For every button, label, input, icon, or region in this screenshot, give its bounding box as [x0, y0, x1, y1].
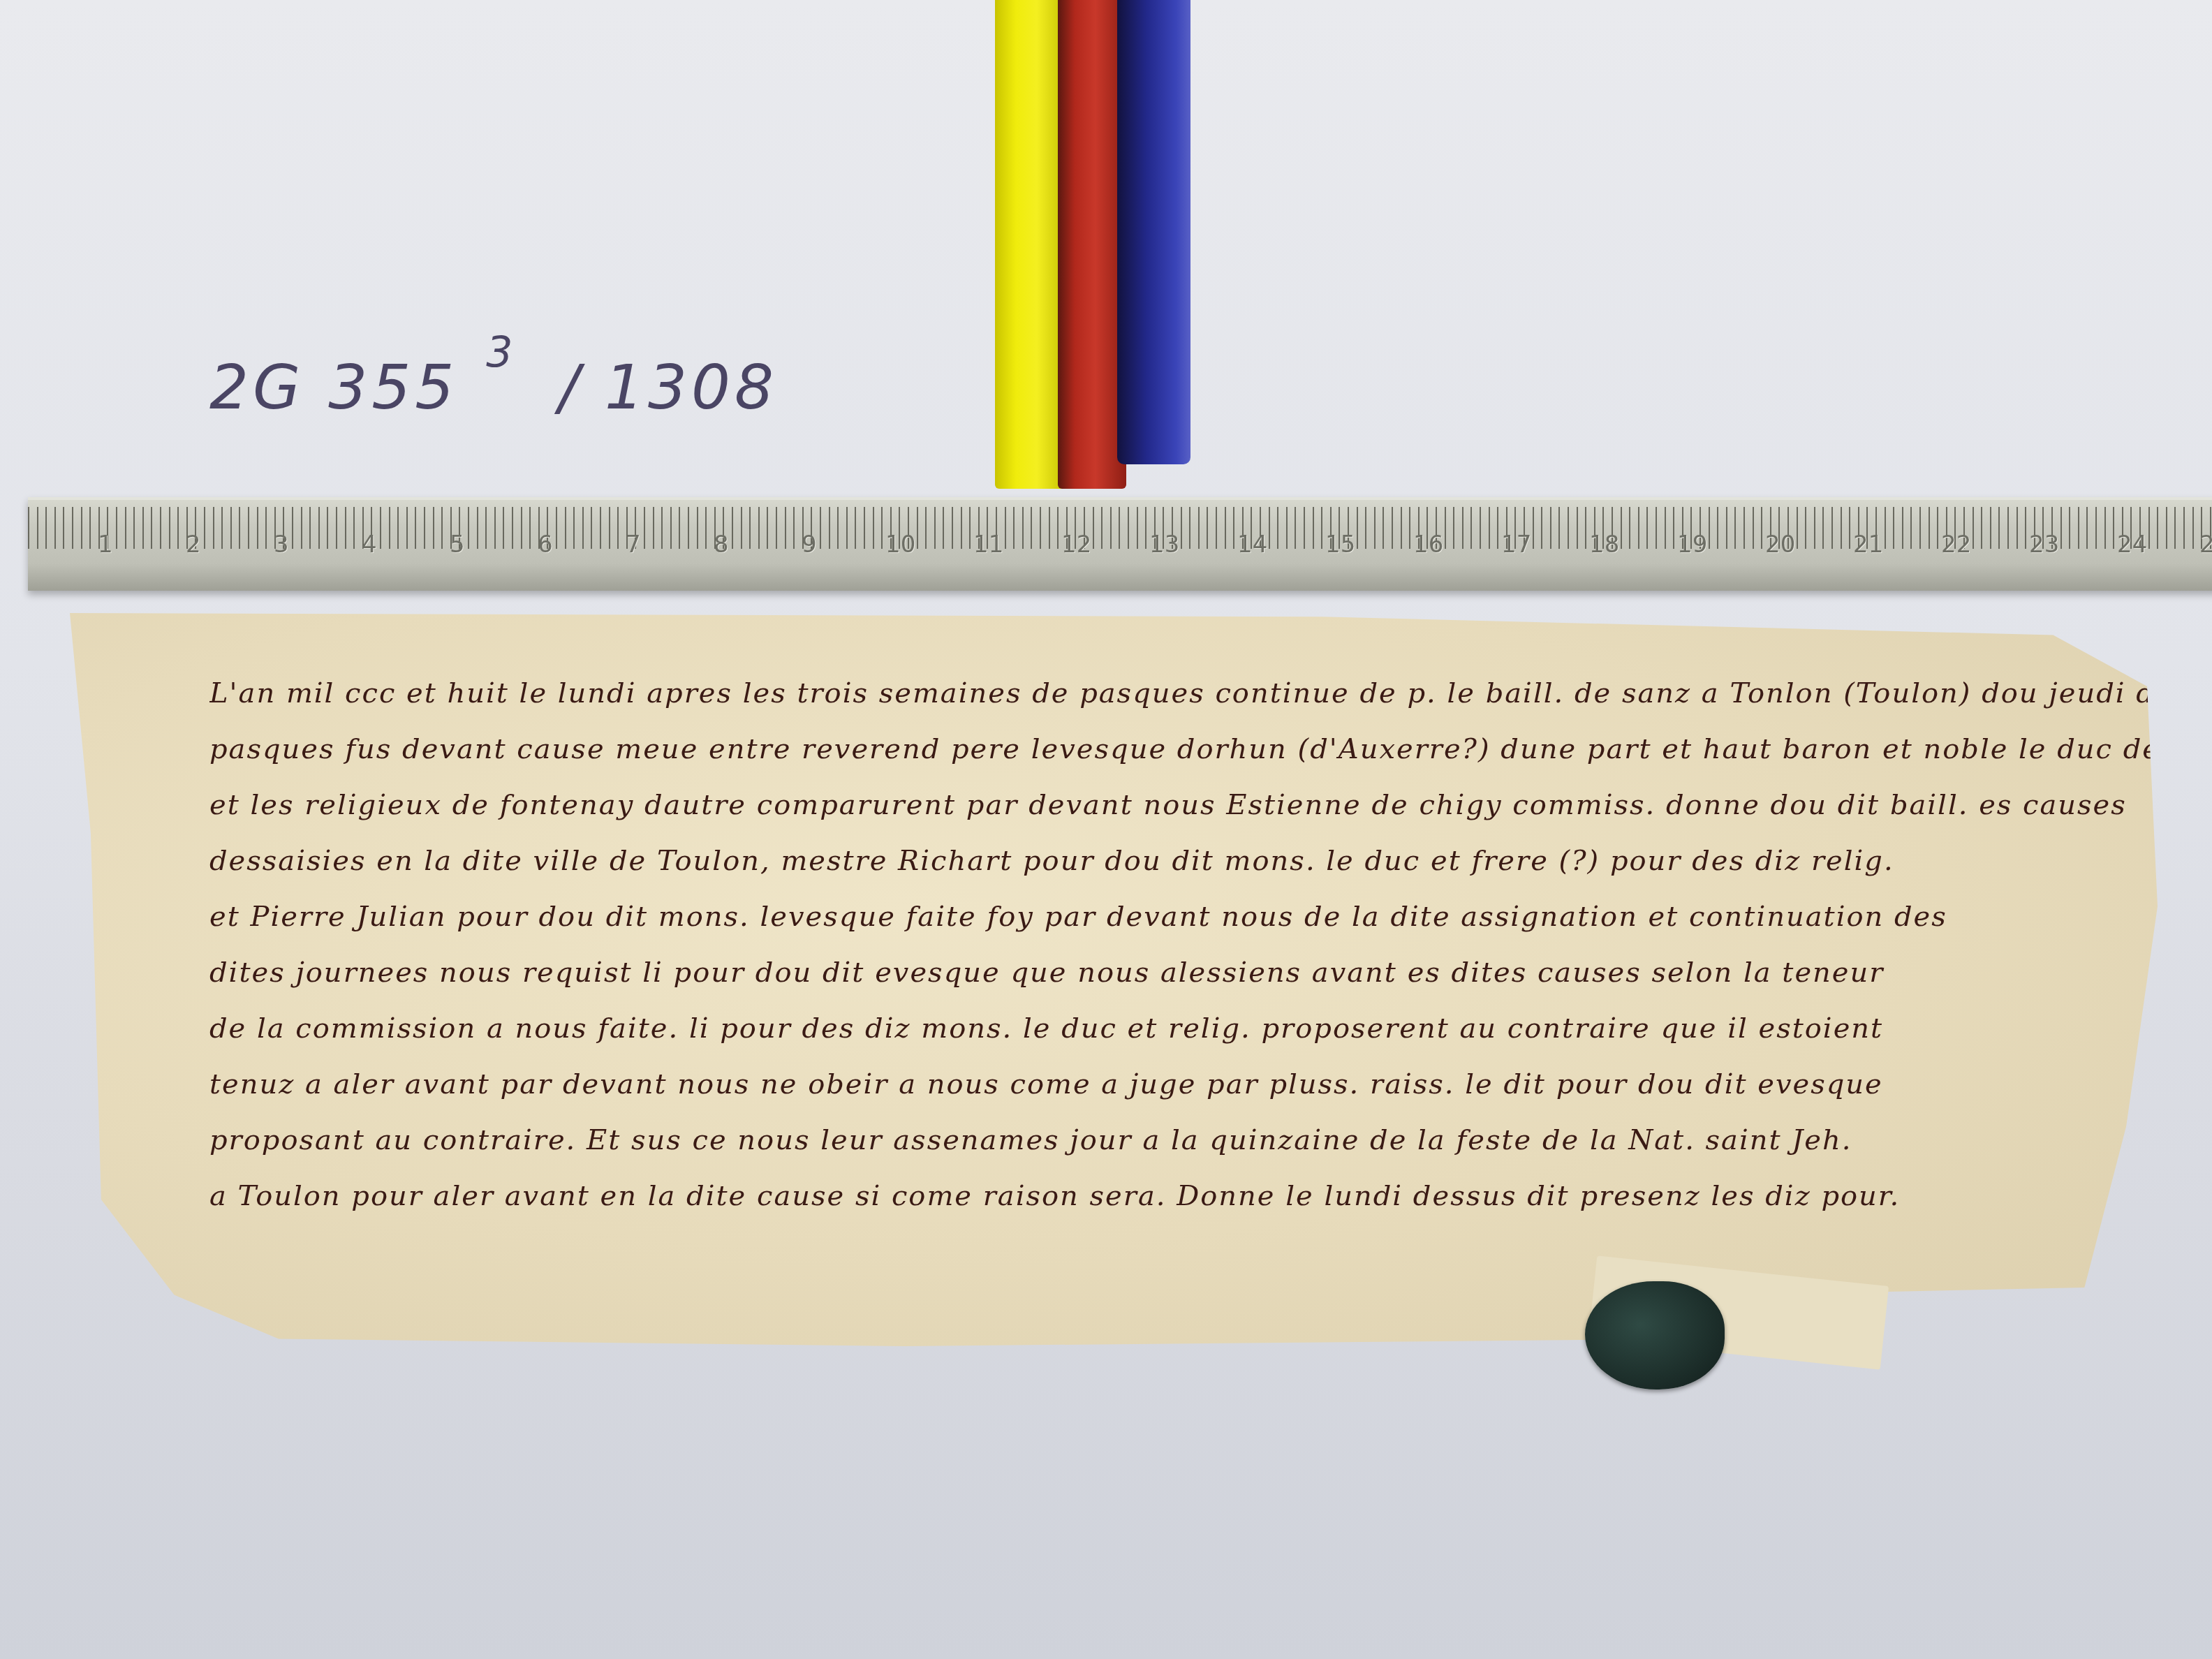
ruler-label: 1 — [98, 531, 113, 559]
manuscript-line: tenuz a aler avant par devant nous ne ob… — [209, 1056, 2151, 1112]
ruler-label: 24 — [2117, 531, 2147, 559]
ruler-label: 17 — [1501, 531, 1531, 559]
manuscript-line: dites journees nous requist li pour dou … — [209, 945, 2151, 1001]
manuscript-line: a Toulon pour aler avant en la dite caus… — [209, 1168, 2151, 1224]
ruler-label: 10 — [885, 531, 915, 559]
ruler-label: 19 — [1677, 531, 1707, 559]
manuscript-line: de la commission a nous faite. li pour d… — [209, 1001, 2151, 1056]
ruler-label: 16 — [1413, 531, 1443, 559]
manuscript-line: et les religieux de fontenay dautre comp… — [209, 777, 2151, 833]
accession-superscript: 3 — [486, 328, 517, 377]
ruler-label: 18 — [1589, 531, 1619, 559]
ruler-label: 14 — [1237, 531, 1267, 559]
accession-series: 2G 355 — [209, 351, 458, 423]
ruler-label: 6 — [538, 531, 553, 559]
ruler-label: 12 — [1061, 531, 1091, 559]
manuscript-line: L'an mil ccc et huit le lundi apres les … — [209, 665, 2151, 721]
ruler-label: 23 — [2029, 531, 2059, 559]
accession-item-number: 1308 — [605, 351, 778, 423]
manuscript-line: pasques fus devant cause meue entre reve… — [209, 721, 2151, 777]
wax-seal — [1585, 1281, 1725, 1389]
yellow-reference-pencil — [995, 0, 1065, 489]
ruler-cm-labels: 1 2 3 4 5 6 7 8 9 10 11 12 13 14 15 16 1… — [28, 531, 2212, 573]
ruler-label: 21 — [1853, 531, 1883, 559]
ruler-label: 25 — [2199, 531, 2212, 559]
manuscript-line: proposant au contraire. Et sus ce nous l… — [209, 1112, 2151, 1168]
ruler-label: 11 — [973, 531, 1003, 559]
ruler-label: 8 — [714, 531, 729, 559]
manuscript-line: et Pierre Julian pour dou dit mons. leve… — [209, 889, 2151, 945]
accession-number: 2G 3553/1308 — [209, 328, 778, 423]
ruler-label: 22 — [1941, 531, 1971, 559]
ruler-label: 20 — [1765, 531, 1795, 559]
ruler-label: 7 — [626, 531, 641, 559]
manuscript-line: dessaisies en la dite ville de Toulon, m… — [209, 833, 2151, 889]
metal-ruler: 1 2 3 4 5 6 7 8 9 10 11 12 13 14 15 16 1… — [28, 497, 2212, 591]
ruler-label: 15 — [1325, 531, 1355, 559]
ruler-label: 4 — [362, 531, 377, 559]
blue-reference-pencil — [1117, 0, 1190, 464]
accession-separator: / — [559, 351, 584, 423]
ruler-label: 2 — [186, 531, 201, 559]
ruler-label: 13 — [1149, 531, 1179, 559]
red-reference-pencil — [1058, 0, 1126, 489]
ruler-label: 9 — [802, 531, 817, 559]
parchment-charter: L'an mil ccc et huit le lundi apres les … — [70, 613, 2158, 1346]
manuscript-text: L'an mil ccc et huit le lundi apres les … — [209, 665, 2151, 1224]
ruler-label: 5 — [450, 531, 465, 559]
ruler-label: 3 — [274, 531, 289, 559]
